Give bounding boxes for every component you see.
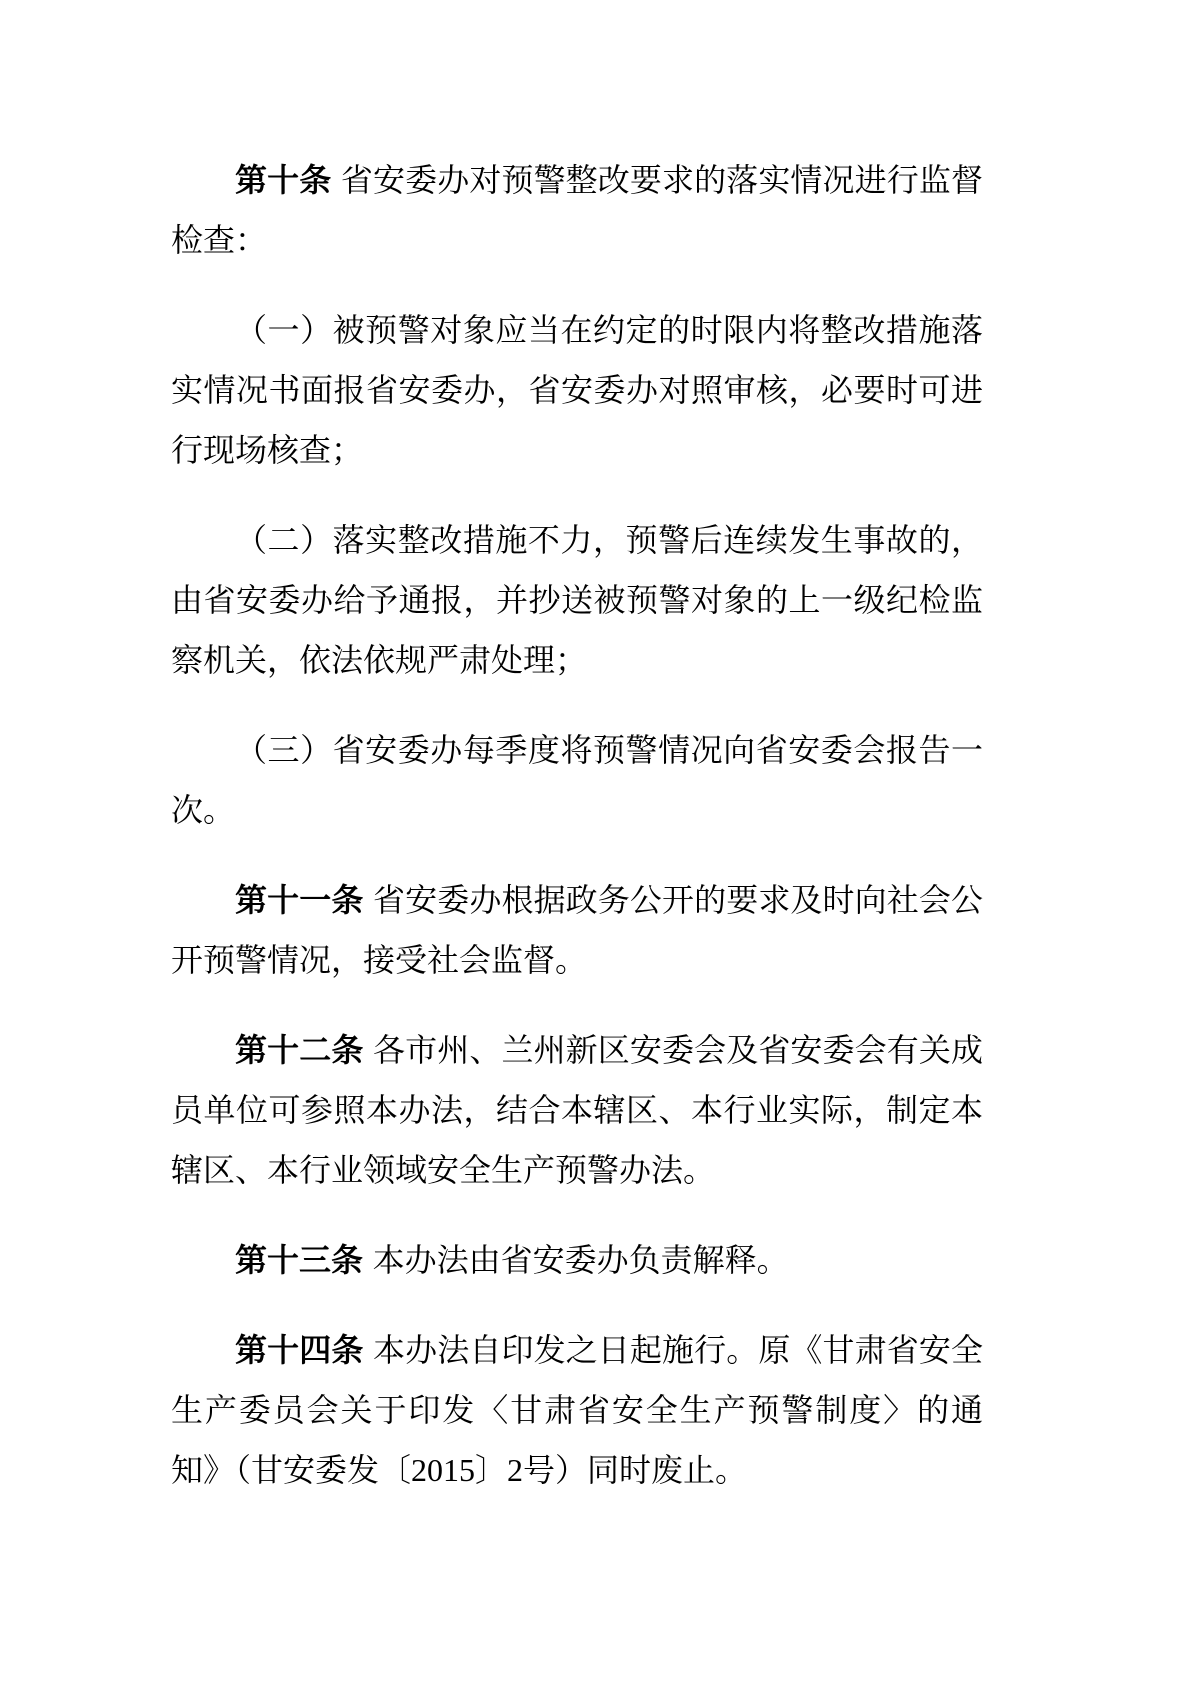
paragraph: （二）落实整改措施不力，预警后连续发生事故的，由省安委办给予通报，并抄送被预警对… <box>171 510 983 690</box>
paragraph: 第十一条省安委办根据政务公开的要求及时向社会公开预警情况，接受社会监督。 <box>171 870 983 990</box>
paragraph: 第十四条本办法自印发之日起施行。原《甘肃省安全生产委员会关于印发〈甘肃省安全生产… <box>171 1320 983 1500</box>
article-number: 第十三条 <box>235 1242 363 1278</box>
document-page: 第十条省安委办对预警整改要求的落实情况进行监督检查： （一）被预警对象应当在约定… <box>0 0 1190 1683</box>
paragraph: 第十二条各市州、兰州新区安委会及省安委会有关成员单位可参照本办法，结合本辖区、本… <box>171 1020 983 1200</box>
article-number: 第十四条 <box>235 1332 363 1368</box>
article-number: 第十条 <box>235 162 331 198</box>
paragraph-text: （三）省安委办每季度将预警情况向省安委会报告一次。 <box>171 732 983 828</box>
paragraph: 第十三条本办法由省安委办负责解释。 <box>171 1230 983 1290</box>
article-number: 第十一条 <box>235 882 363 918</box>
paragraph-text: （一）被预警对象应当在约定的时限内将整改措施落实情况书面报省安委办，省安委办对照… <box>171 312 983 468</box>
paragraph: （三）省安委办每季度将预警情况向省安委会报告一次。 <box>171 720 983 840</box>
document-body: 第十条省安委办对预警整改要求的落实情况进行监督检查： （一）被预警对象应当在约定… <box>171 150 983 1500</box>
article-number: 第十二条 <box>235 1032 363 1068</box>
paragraph-text: 本办法由省安委办负责解释。 <box>373 1242 789 1278</box>
paragraph: （一）被预警对象应当在约定的时限内将整改措施落实情况书面报省安委办，省安委办对照… <box>171 300 983 480</box>
paragraph: 第十条省安委办对预警整改要求的落实情况进行监督检查： <box>171 150 983 270</box>
paragraph-text: （二）落实整改措施不力，预警后连续发生事故的，由省安委办给予通报，并抄送被预警对… <box>171 522 983 678</box>
